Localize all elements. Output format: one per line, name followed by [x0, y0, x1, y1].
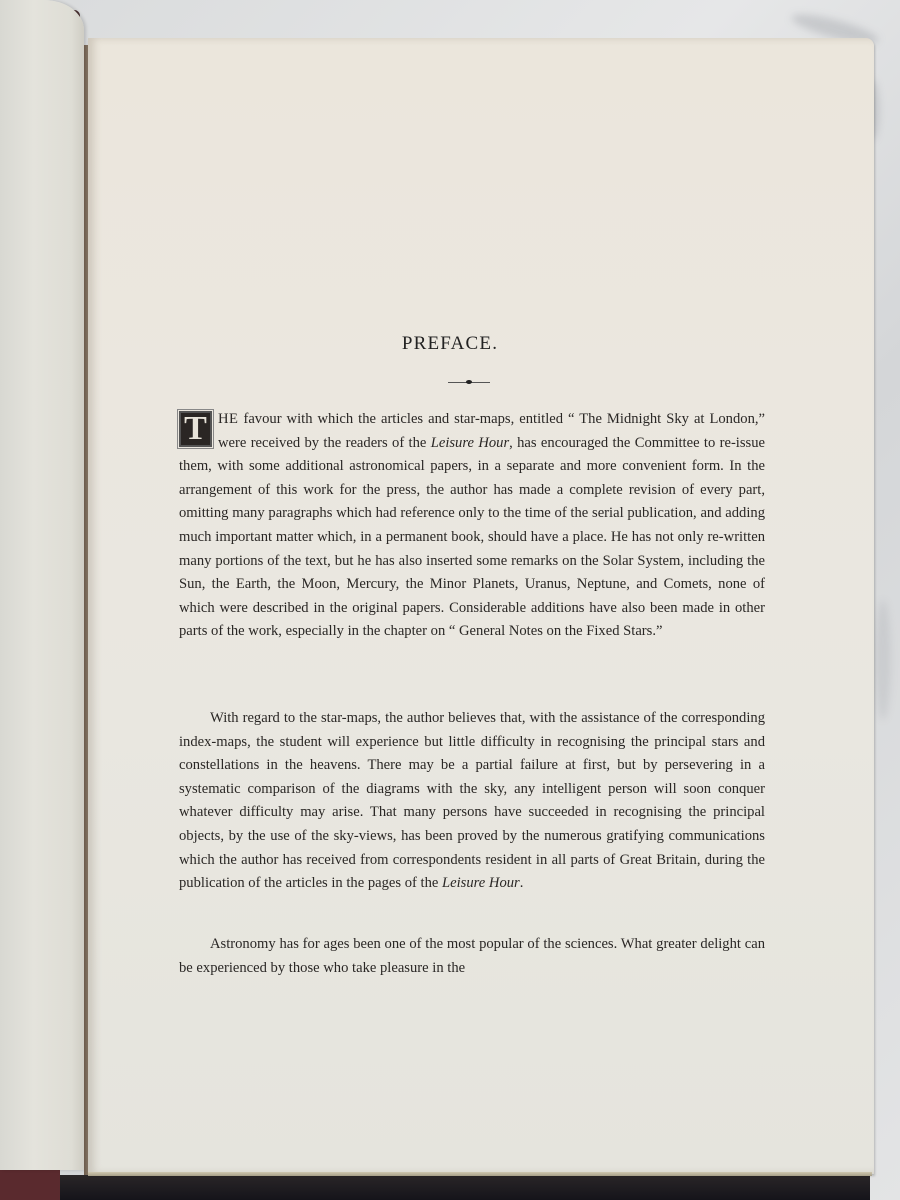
dropcap-letter-icon: T	[179, 411, 212, 447]
paragraph-2-text-end: .	[520, 875, 524, 891]
divider-ornament-icon	[466, 380, 472, 384]
marble-vein	[875, 600, 891, 720]
paragraph-1-text-cont: , has encouraged the Committee to re-iss…	[179, 435, 765, 640]
first-word-rest: HE	[218, 411, 238, 427]
paragraph-1: THE favour with which the articles and s…	[179, 408, 765, 644]
paragraph-2-text: With regard to the star-maps, the author…	[179, 710, 765, 891]
publication-title: Leisure Hour	[431, 435, 509, 451]
page-title: PREFACE.	[0, 333, 900, 355]
left-page-curl	[0, 0, 84, 1170]
paragraph-3: Astronomy has for ages been one of the m…	[179, 933, 765, 980]
page-edges	[88, 1172, 872, 1176]
publication-title: Leisure Hour	[442, 875, 520, 891]
table-shadow	[0, 1175, 870, 1200]
paragraph-3-text: Astronomy has for ages been one of the m…	[179, 936, 765, 976]
paragraph-2: With regard to the star-maps, the author…	[179, 707, 765, 896]
